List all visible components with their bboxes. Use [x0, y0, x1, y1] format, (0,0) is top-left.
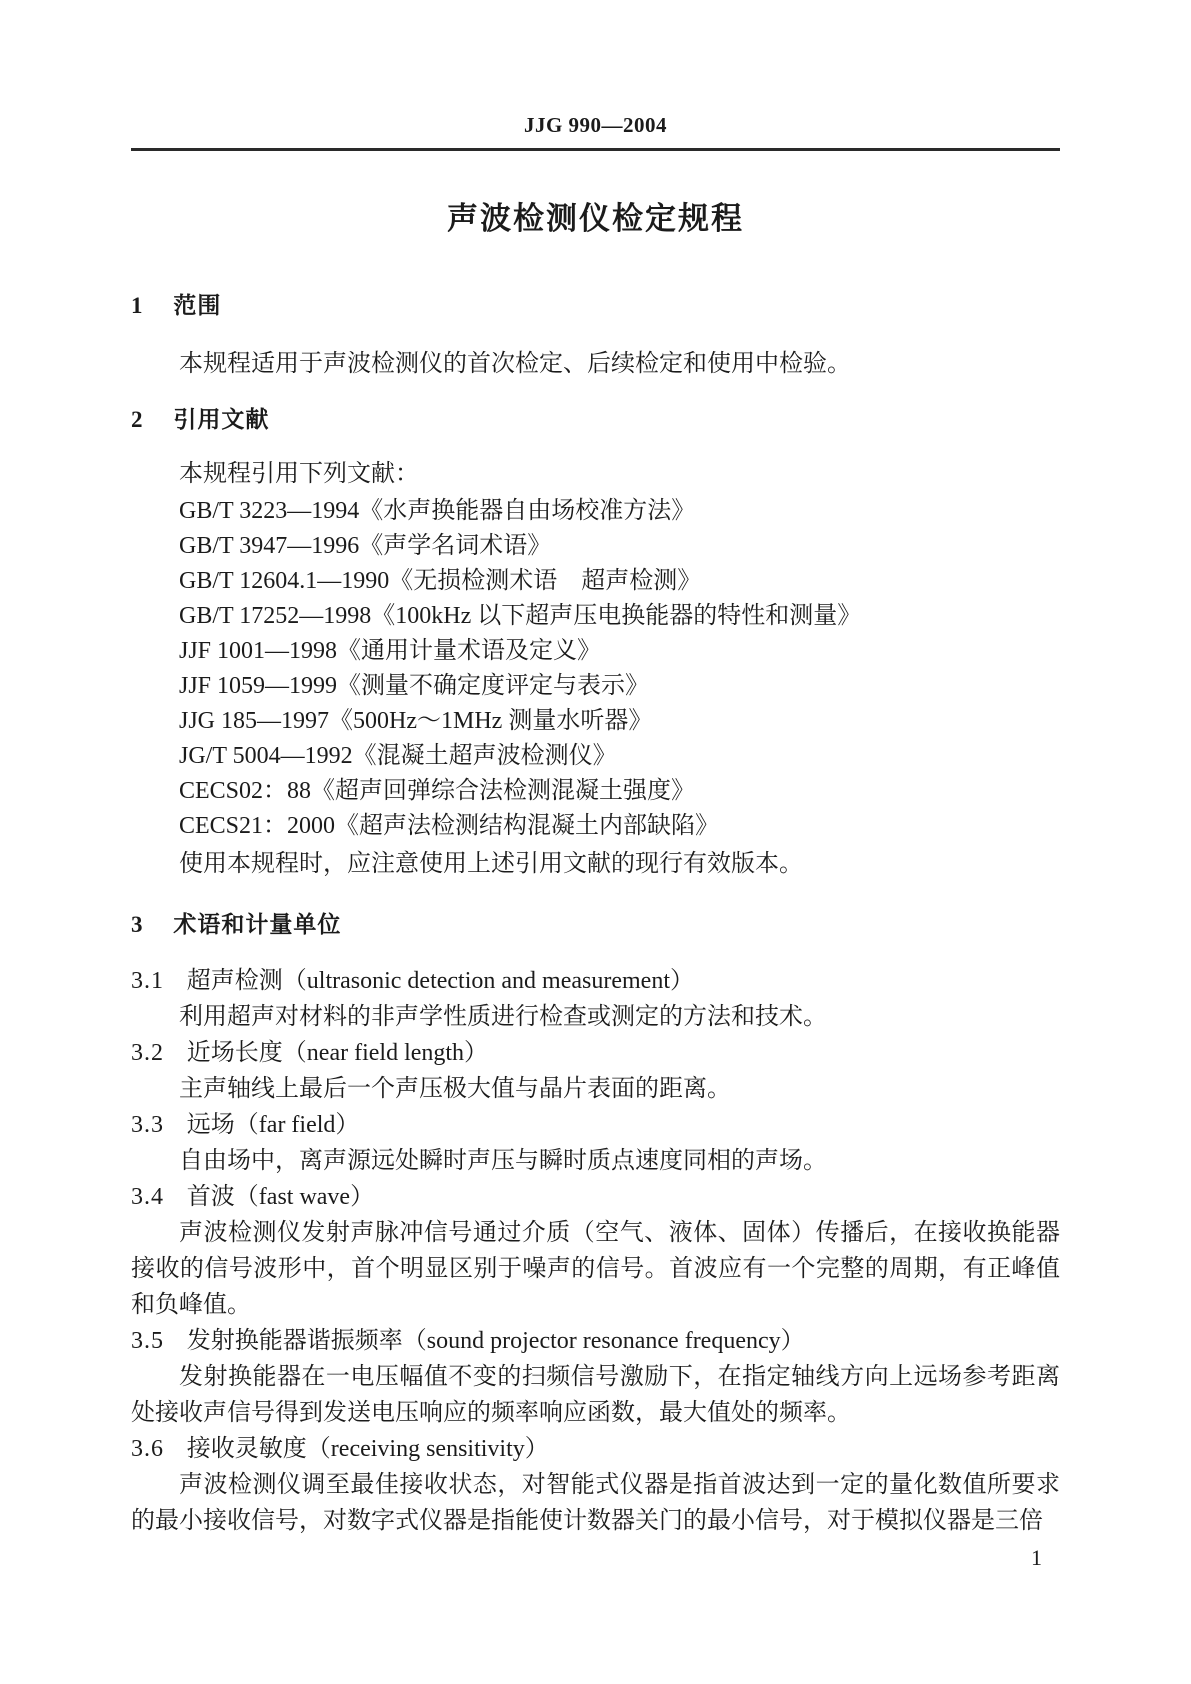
section-heading-scope: 1范围 [131, 287, 1060, 324]
section-title: 范围 [173, 292, 221, 318]
page-number: 1 [131, 1543, 1060, 1573]
reference-item: CECS02：88《超声回弹综合法检测混凝土强度》 [131, 774, 1060, 809]
term-heading: 3.4首波（fast wave） [131, 1179, 1060, 1215]
references-list: GB/T 3223—1994《水声换能器自由场校准方法》 GB/T 3947—1… [131, 494, 1060, 844]
section-heading-terms: 3术语和计量单位 [131, 906, 1060, 943]
references-intro: 本规程引用下列文献： [131, 456, 1060, 492]
reference-item: CECS21：2000《超声法检测结构混凝土内部缺陷》 [131, 809, 1060, 844]
term-3-3: 3.3远场（far field） 自由场中，离声源远处瞬时声压与瞬时质点速度同相… [131, 1107, 1060, 1179]
term-definition: 自由场中，离声源远处瞬时声压与瞬时质点速度同相的声场。 [131, 1143, 1060, 1179]
term-heading: 3.1超声检测（ultrasonic detection and measure… [131, 963, 1060, 999]
section-number: 2 [131, 407, 144, 432]
term-heading: 3.5发射换能器谐振频率（sound projector resonance f… [131, 1323, 1060, 1359]
term-name: 远场（far field） [187, 1112, 360, 1138]
document-page: JJG 990—2004 声波检测仪检定规程 1范围 本规程适用于声波检测仪的首… [0, 0, 1191, 1684]
term-name: 发射换能器谐振频率（sound projector resonance freq… [187, 1328, 805, 1354]
term-definition: 声波检测仪发射声脉冲信号通过介质（空气、液体、固体）传播后，在接收换能器接收的信… [131, 1215, 1060, 1323]
term-number: 3.1 [131, 968, 164, 994]
reference-item: JJF 1001—1998《通用计量术语及定义》 [131, 634, 1060, 669]
reference-item: JG/T 5004—1992《混凝土超声波检测仪》 [131, 739, 1060, 774]
term-number: 3.6 [131, 1436, 164, 1462]
section-number: 1 [131, 293, 144, 318]
term-definition: 主声轴线上最后一个声压极大值与晶片表面的距离。 [131, 1071, 1060, 1107]
term-3-5: 3.5发射换能器谐振频率（sound projector resonance f… [131, 1323, 1060, 1431]
reference-item: GB/T 3223—1994《水声换能器自由场校准方法》 [131, 494, 1060, 529]
document-title: 声波检测仪检定规程 [131, 197, 1060, 241]
term-name: 近场长度（near field length） [187, 1040, 488, 1066]
term-number: 3.4 [131, 1184, 164, 1210]
term-3-2: 3.2近场长度（near field length） 主声轴线上最后一个声压极大… [131, 1035, 1060, 1107]
reference-item: JJF 1059—1999《测量不确定度评定与表示》 [131, 669, 1060, 704]
term-3-6: 3.6接收灵敏度（receiving sensitivity） 声波检测仪调至最… [131, 1431, 1060, 1539]
term-name: 首波（fast wave） [187, 1184, 374, 1210]
document-code-header: JJG 990—2004 [0, 110, 1191, 140]
terms-list: 3.1超声检测（ultrasonic detection and measure… [131, 963, 1060, 1539]
reference-item: GB/T 3947—1996《声学名词术语》 [131, 529, 1060, 564]
term-definition: 发射换能器在一电压幅值不变的扫频信号激励下，在指定轴线方向上远场参考距离处接收声… [131, 1359, 1060, 1431]
section-number: 3 [131, 912, 144, 937]
references-closing: 使用本规程时，应注意使用上述引用文献的现行有效版本。 [131, 846, 1060, 882]
section-title: 引用文献 [173, 406, 269, 432]
section-title: 术语和计量单位 [173, 911, 341, 937]
term-3-1: 3.1超声检测（ultrasonic detection and measure… [131, 963, 1060, 1035]
term-number: 3.5 [131, 1328, 164, 1354]
term-definition: 声波检测仪调至最佳接收状态，对智能式仪器是指首波达到一定的量化数值所要求的最小接… [131, 1467, 1060, 1539]
reference-item: JJG 185—1997《500Hz～1MHz 测量水听器》 [131, 704, 1060, 739]
reference-item: GB/T 12604.1—1990《无损检测术语 超声检测》 [131, 564, 1060, 599]
term-heading: 3.6接收灵敏度（receiving sensitivity） [131, 1431, 1060, 1467]
scope-paragraph: 本规程适用于声波检测仪的首次检定、后续检定和使用中检验。 [131, 346, 1060, 382]
reference-item: GB/T 17252—1998《100kHz 以下超声压电换能器的特性和测量》 [131, 599, 1060, 634]
term-heading: 3.2近场长度（near field length） [131, 1035, 1060, 1071]
document-content: 声波检测仪检定规程 1范围 本规程适用于声波检测仪的首次检定、后续检定和使用中检… [131, 197, 1060, 1573]
term-number: 3.2 [131, 1040, 164, 1066]
header-rule [131, 148, 1060, 151]
term-name: 超声检测（ultrasonic detection and measuremen… [187, 968, 694, 994]
term-name: 接收灵敏度（receiving sensitivity） [187, 1436, 549, 1462]
term-definition: 利用超声对材料的非声学性质进行检查或测定的方法和技术。 [131, 999, 1060, 1035]
term-3-4: 3.4首波（fast wave） 声波检测仪发射声脉冲信号通过介质（空气、液体、… [131, 1179, 1060, 1323]
section-heading-references: 2引用文献 [131, 401, 1060, 438]
term-number: 3.3 [131, 1112, 164, 1138]
term-heading: 3.3远场（far field） [131, 1107, 1060, 1143]
